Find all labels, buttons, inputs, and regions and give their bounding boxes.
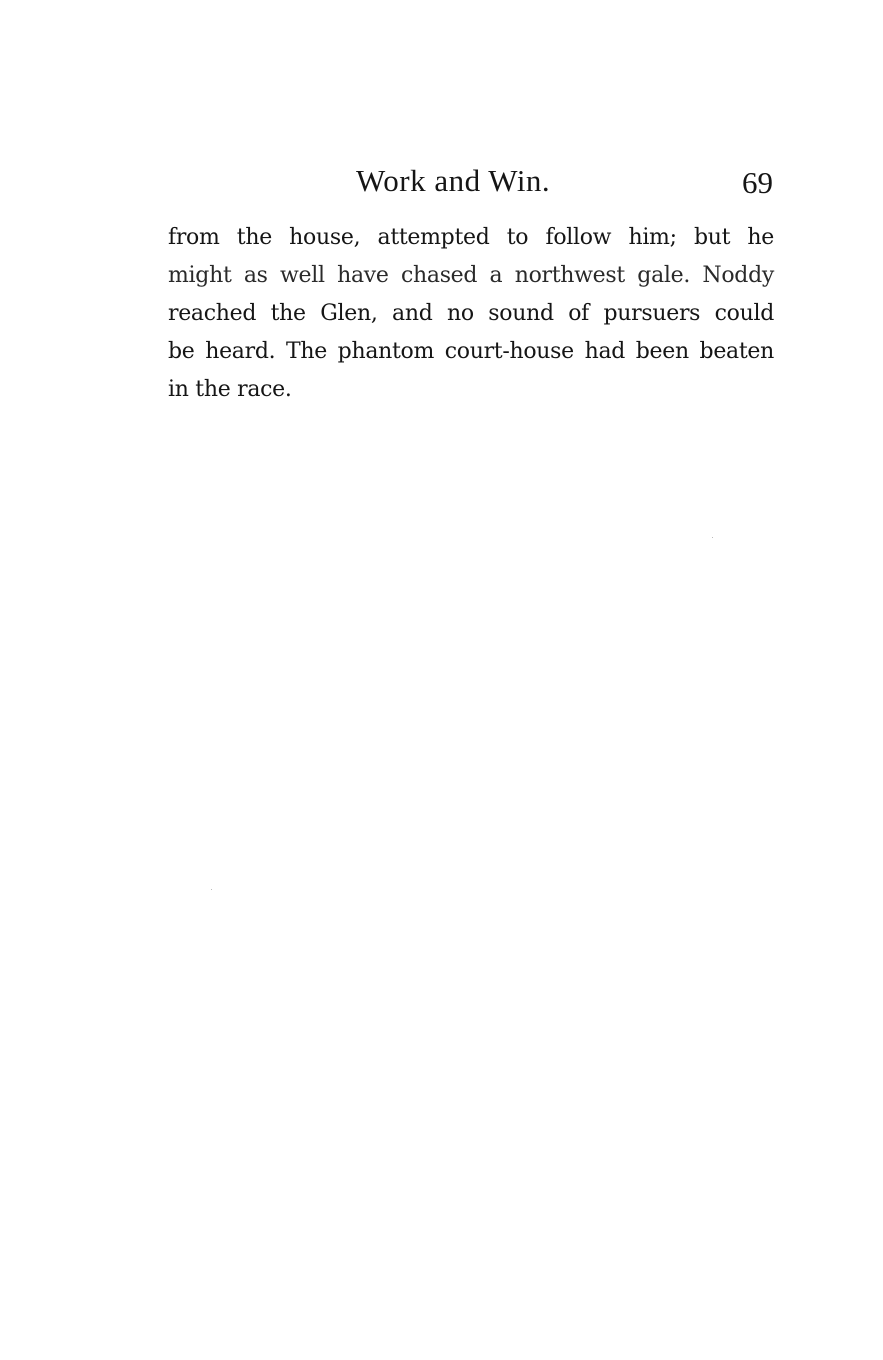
running-title: Work and Win. bbox=[356, 163, 550, 199]
text-line: be heard. The phantom court-house had be… bbox=[168, 333, 774, 371]
body-paragraph: from the house, attempted to follow him;… bbox=[168, 219, 774, 409]
scan-speck bbox=[211, 889, 212, 890]
scan-speck bbox=[712, 537, 713, 538]
running-head: Work and Win. 69 bbox=[168, 163, 775, 203]
page-number: 69 bbox=[742, 165, 773, 201]
text-line: might as well have chased a northwest ga… bbox=[168, 257, 774, 295]
text-line: from the house, attempted to follow him;… bbox=[168, 219, 774, 257]
text-line: in the race. bbox=[168, 371, 774, 409]
book-page: Work and Win. 69 from the house, attempt… bbox=[0, 0, 883, 1360]
text-line: reached the Glen, and no sound of pursue… bbox=[168, 295, 774, 333]
